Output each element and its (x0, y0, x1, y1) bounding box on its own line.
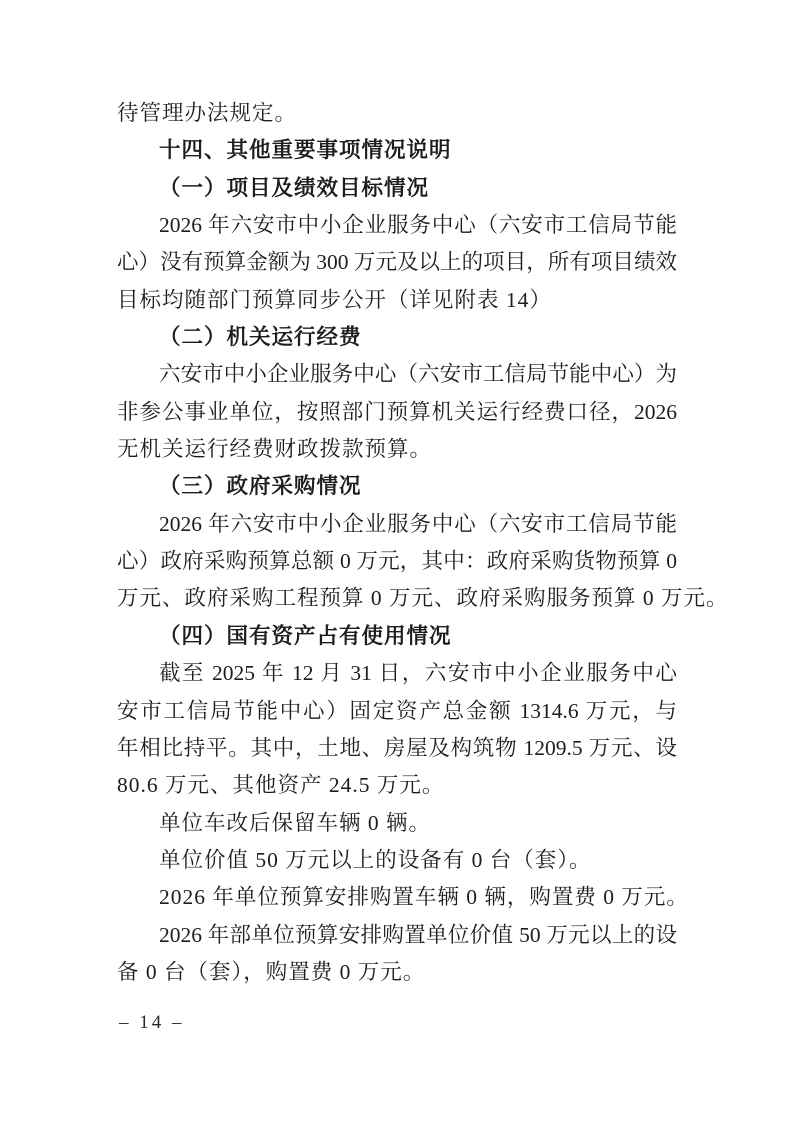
page-number: – 14 – (119, 1012, 185, 1033)
page-footer: – 14 – (119, 1012, 185, 1034)
text-line: 年相比持平。其中，土地、房屋及构筑物 1209.5 万元、设备 (117, 730, 677, 767)
text-line: 2026 年单位预算安排购置车辆 0 辆，购置费 0 万元。 (117, 879, 677, 916)
section-heading: （二）机关运行经费 (117, 319, 677, 356)
text-line: 单位车改后保留车辆 0 辆。 (117, 805, 677, 842)
text-line: 心）政府采购预算总额 0 万元，其中：政府采购货物预算 0 (117, 543, 677, 580)
document-page: 待管理办法规定。十四、其他重要事项情况说明（一）项目及绩效目标情况2026 年六… (0, 0, 793, 1122)
text-line: 目标均随部门预算同步公开（详见附表 14） (117, 282, 677, 319)
text-line: 心）没有预算金额为 300 万元及以上的项目，所有项目绩效 (117, 244, 677, 281)
text-line: 六安市中小企业服务中心（六安市工信局节能中心）为 (117, 356, 677, 393)
text-line: 待管理办法规定。 (117, 95, 677, 132)
text-line: 非参公事业单位，按照部门预算机关运行经费口径，2026 年 (117, 394, 677, 431)
text-line: 万元、政府采购工程预算 0 万元、政府采购服务预算 0 万元。 (117, 580, 677, 617)
text-line: 2026 年六安市中小企业服务中心（六安市工信局节能中 (117, 506, 677, 543)
text-line: 单位价值 50 万元以上的设备有 0 台（套）。 (117, 842, 677, 879)
text-line: 无机关运行经费财政拨款预算。 (117, 431, 677, 468)
document-body: 待管理办法规定。十四、其他重要事项情况说明（一）项目及绩效目标情况2026 年六… (117, 95, 677, 991)
section-heading: 十四、其他重要事项情况说明 (117, 132, 677, 169)
text-line: 截至 2025 年 12 月 31 日，六安市中小企业服务中心（六 (117, 655, 677, 692)
section-heading: （四）国有资产占有使用情况 (117, 618, 677, 655)
text-line: 安市工信局节能中心）固定资产总金额 1314.6 万元，与 2025 (117, 693, 677, 730)
text-line: 2026 年部单位预算安排购置单位价值 50 万元以上的设 (117, 917, 677, 954)
text-line: 2026 年六安市中小企业服务中心（六安市工信局节能中 (117, 207, 677, 244)
section-heading: （三）政府采购情况 (117, 468, 677, 505)
text-line: 80.6 万元、其他资产 24.5 万元。 (117, 767, 677, 804)
text-line: 备 0 台（套），购置费 0 万元。 (117, 954, 677, 991)
section-heading: （一）项目及绩效目标情况 (117, 170, 677, 207)
